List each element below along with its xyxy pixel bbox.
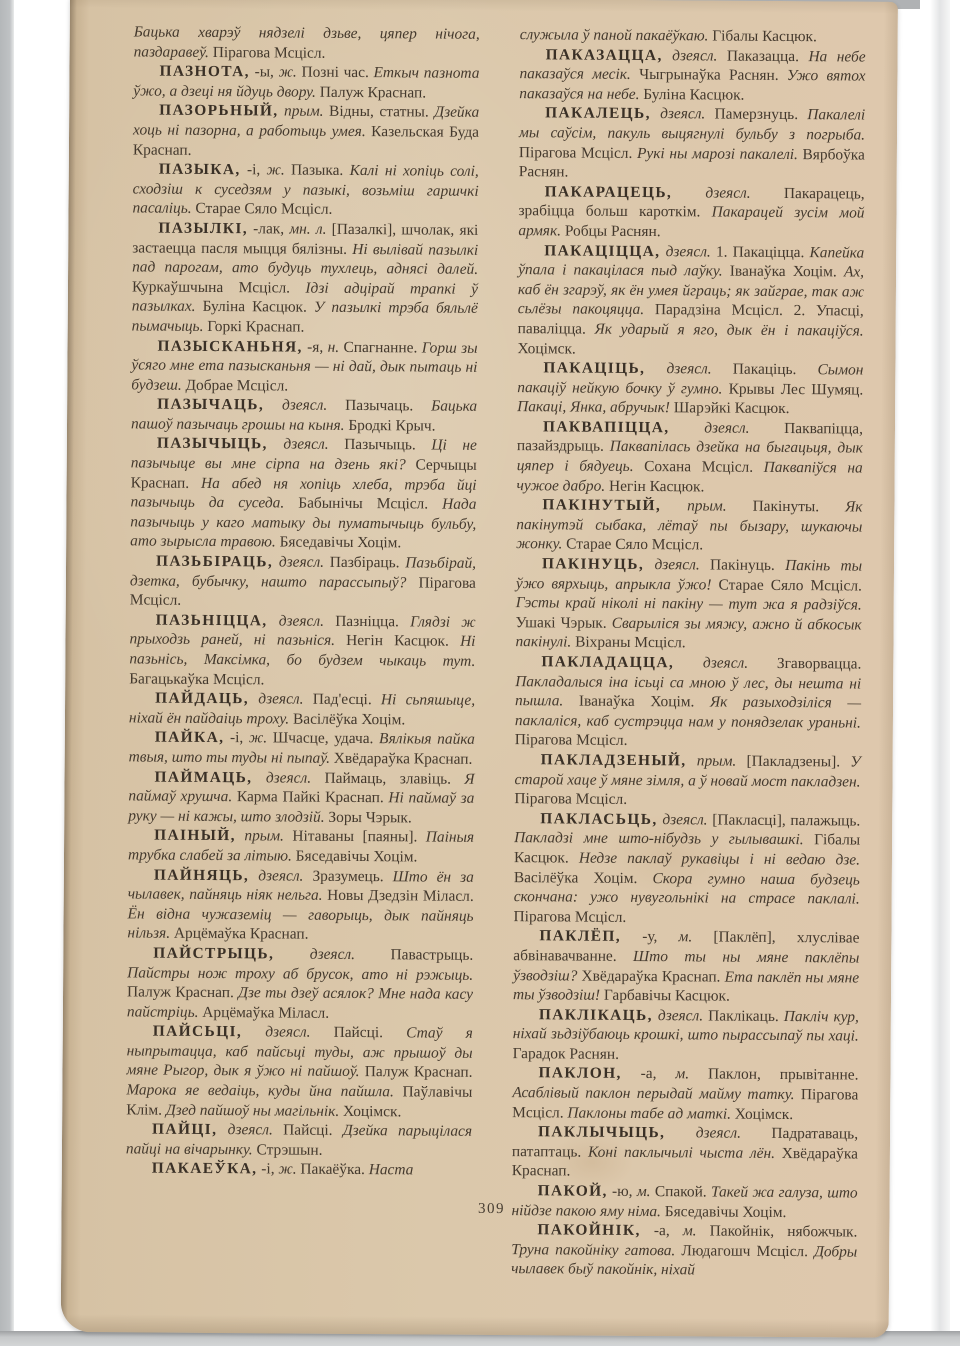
dictionary-entry: ПАКІНУТЫЙ, прым. Пакінуты. Як пакінутэй …	[516, 495, 862, 556]
definition-text: Палуж Краснап.	[127, 984, 238, 1002]
definition-text: Пакойнік, нябожчык.	[696, 1223, 857, 1241]
example-text: служыла ў паной пакаёўкаю.	[520, 26, 713, 44]
example-text: дзеясл.	[217, 1121, 273, 1138]
definition-text: Пірагова Мсцісл.	[515, 731, 628, 749]
definition-text: Хоцімск.	[343, 1103, 401, 1120]
dictionary-entry: ПАКОЙНІК, -а, м. Пакойнік, нябожчык. Тру…	[511, 1220, 857, 1281]
definition-text: Пакінуты.	[727, 498, 846, 516]
dictionary-entry: ПАЙСЬЦІ, дзеясл. Пайсці. Стаў я ныпрытац…	[126, 1022, 473, 1122]
headword: ПАКЛАСЬЦЬ,	[540, 810, 657, 828]
example-text: дзеясл.	[274, 945, 355, 963]
definition-text: Васілёўка Хоцім.	[514, 869, 653, 887]
definition-text: Бабынічы Мсцісл.	[298, 495, 442, 513]
example-text: дзеясл.	[663, 47, 718, 64]
definition-text: Пакінуць.	[700, 556, 786, 574]
dictionary-entry: ПАКЛАСЬЦЬ, дзеясл. [Пакласці], палажыць.…	[514, 809, 861, 929]
headword: ПАЙМАЦЬ,	[154, 768, 252, 786]
definition-text: Пірагова Мсцісл.	[514, 790, 627, 808]
dictionary-entry: ПАКЛЫЧЫЦЬ, дзеясл. Падратаваць, патаптац…	[512, 1122, 858, 1183]
definition-text: -ы,	[250, 63, 279, 80]
example-text: ж.	[266, 162, 284, 179]
headword: ПАЙСТРЫЦЬ,	[153, 945, 274, 963]
dictionary-entry: ПАКАЦІЦЬ, дзеясл. Пакаціць. Сымон пакаці…	[517, 358, 863, 419]
example-text: мн. л.	[289, 220, 326, 237]
definition-text: Іванаўка Хоцім.	[730, 263, 844, 281]
example-text: дзеясл.	[264, 397, 327, 414]
definition-text: Багацькаўка Мсцісл.	[129, 670, 264, 688]
definition-text: -і,	[257, 1161, 278, 1178]
dictionary-entry: ПАЗЬНІЦЦА, дзеясл. Пазніцца. Глядзі ж пр…	[129, 610, 476, 691]
definition-text: Пад'есці.	[303, 691, 381, 709]
example-text: Труна пакойніку гатова.	[511, 1241, 681, 1259]
example-text: Пакаці, Янка, абручык!	[517, 398, 674, 416]
definition-text: Палуж Краснап.	[320, 84, 426, 102]
dictionary-entry: ПАКАЦІЦЦА, дзеясл. 1. Пакаціцца. Капейка…	[517, 241, 864, 361]
definition-text: Пазніцца.	[324, 613, 410, 631]
definition-text: Зразумець.	[303, 867, 392, 885]
definition-text: Хвёдараўка Краснап.	[581, 967, 724, 985]
headword: ПАЗЫЧАЦЬ,	[157, 396, 264, 414]
example-text: м.	[637, 1183, 651, 1200]
dictionary-entry: ПАЗЫЛКІ, -лак, мн. л. [Пазалкі], шчолак,…	[132, 218, 479, 338]
definition-text: Спагнанне.	[339, 338, 422, 356]
example-text: дзеясл.	[644, 556, 700, 573]
definition-text: Хоцімск.	[517, 340, 575, 357]
headword: ПАЗЫЛКІ,	[158, 220, 248, 238]
dictionary-entry: ПАКАЛЕЦЬ, дзеясл. Памерзнуць. Пакалелі м…	[519, 104, 866, 185]
dictionary-entry: ПАКВАПІЦЦА, дзеясл. Паквапіцца, пазайздр…	[517, 417, 864, 498]
definition-text: Бяседавічы Хоцім.	[296, 848, 418, 866]
definition-text: Добрае Мсцісл.	[185, 377, 288, 395]
dictionary-entry: ПАКЛЁП, -у, м. [Паклёп], хлуслівае абвін…	[513, 926, 860, 1007]
definition-text: Куркаўшчына Мсцісл.	[132, 278, 306, 296]
definition-text: Пайсці.	[310, 1024, 406, 1042]
headword: ПАКЛЁП,	[539, 928, 621, 946]
definition-text: Пірагова Мсцісл.	[213, 44, 326, 62]
example-text: Дзед пайшоў ны магільнік.	[166, 1101, 343, 1119]
dictionary-entry: ПАЗОРЬНЫЙ, прым. Відны, статны. Дзейка х…	[133, 101, 479, 162]
headword: ПАКАЗАЦЦА,	[546, 46, 663, 64]
definition-text: 1. Пакаціцца.	[711, 243, 810, 261]
headword: ПАКАРАЦЕЦЬ,	[545, 183, 673, 201]
example-text: Недзе паклаў рукавіцы і ні ведаю дзе.	[579, 850, 860, 869]
headword: ПАІНЫЙ,	[154, 827, 236, 845]
headword: ПАЙНЯЦЬ,	[154, 866, 249, 884]
definition-text: Старае Сяло Мсцісл.	[718, 576, 861, 594]
dictionary-entry: ПАЙКА, -і, ж. Шчасце, удача. Вялікыя пай…	[129, 728, 475, 770]
headword: ПАКОЙ,	[538, 1182, 608, 1199]
dictionary-entry: ПАІНЫЙ, прым. Нітаваны [паяны]. Паіныя т…	[128, 826, 474, 868]
dictionary-entry: ПАЗЫКА, -і, ж. Пазыка. Калі ні хопіць со…	[132, 160, 478, 221]
definition-text: Памерзнуць.	[705, 106, 807, 124]
definition-text: Пазыка.	[285, 162, 350, 179]
definition-text: Пірагова Мсцісл.	[519, 144, 637, 162]
definition-text: Пакаёўка.	[297, 1161, 369, 1179]
example-text: дзеясл.	[651, 105, 706, 122]
example-text: дзеясл.	[658, 811, 708, 828]
definition-text: Стрэшын.	[256, 1141, 322, 1158]
definition-text: Паклон, прывітанне.	[689, 1066, 859, 1084]
example-text: дзеясл.	[242, 1024, 310, 1041]
definition-text: [Пакладзены].	[736, 753, 850, 771]
headword: ПАЙЦІ,	[152, 1121, 217, 1138]
headword: ПАКОЙНІК,	[537, 1222, 640, 1240]
dictionary-entry: ПАКЛОН, -а, м. Паклон, прывітанне. Асабл…	[512, 1064, 858, 1125]
headword: ПАКЛІКАЦЬ,	[539, 1006, 653, 1024]
headword: ПАКАЕЎКА,	[152, 1160, 258, 1178]
example-text: Коні паклычылі чыста лён.	[588, 1143, 782, 1161]
definition-text: Буліна Касцюк.	[643, 86, 744, 104]
definition-text: -лак,	[248, 220, 290, 237]
definition-text: Арцёмаўка Краснап.	[174, 925, 309, 943]
example-text: м.	[675, 1066, 689, 1083]
definition-text: Гарбавічы Касцюк.	[604, 987, 730, 1005]
example-text: Пайстры нож троху аб брусок, ато ні рэжы…	[127, 964, 473, 983]
example-text: дзеясл.	[660, 243, 710, 260]
example-text: Як ударый я яго, дык ён і пакаціўся.	[595, 321, 864, 340]
example-text: дзеясл.	[645, 360, 711, 377]
definition-text: Позні час.	[297, 64, 374, 82]
headword: ПАЗЬБІРАЦЬ,	[156, 553, 273, 571]
definition-text: Ушакі Чэрык.	[516, 614, 612, 632]
example-text: Асаблівый паклон перыдай майму татку.	[512, 1084, 801, 1103]
example-text: Паклоны табе ад маткі.	[567, 1104, 734, 1122]
dictionary-entry: ПАКАЕЎКА, -і, ж. Пакаёўка. Наста	[126, 1159, 472, 1181]
definition-text: Хоцімск.	[735, 1105, 793, 1122]
definition-text: Віхраны Мсцісл.	[575, 634, 686, 652]
example-text: дзеясл.	[252, 769, 311, 786]
example-text: Гэсты край ніколі ні пакіну — тут жа я р…	[516, 594, 862, 613]
headword: ПАЗНОТА,	[159, 63, 250, 81]
definition-text: -а,	[622, 1065, 676, 1082]
text-column-left: Бацька хварэў нядзелі дзьве, цяпер нічог…	[126, 22, 480, 1180]
definition-text: Людагошч Мсцісл.	[681, 1242, 814, 1260]
dictionary-entry: ПАЗЫЧЫЦЬ, дзеясл. Пазычыць. Ці не пазычы…	[130, 434, 477, 554]
example-text: Рукі ны марозі пакалелі.	[637, 145, 803, 163]
definition-text: Горкі Краснап.	[207, 318, 304, 336]
dictionary-entry: ПАКАРАЦЕЦЬ, дзеясл. Пакарацець, зрабіцца…	[518, 182, 864, 243]
example-text: дзеясл.	[249, 690, 304, 707]
definition-text: -ю,	[608, 1183, 637, 1200]
dictionary-entry: ПАКЛІКАЦЬ, дзеясл. Паклікаць. Пакліч кур…	[513, 1005, 859, 1066]
headword: ПАЗОРЬНЫЙ,	[159, 102, 278, 120]
example-text: ж.	[279, 64, 297, 81]
scanner-edge-left	[0, 0, 14, 1346]
example-text: дзеясл.	[669, 419, 749, 437]
definition-text: Павастрыць.	[355, 946, 473, 964]
definition-text: Шчасце, удача.	[267, 730, 379, 748]
dictionary-entry: ПАКЛАДЗЕНЫЙ, прым. [Пакладзены]. У старо…	[514, 750, 860, 811]
definition-text: Пайсці.	[273, 1122, 343, 1139]
definition-text: -і,	[241, 161, 267, 178]
definition-text: Хвёдараўка Краснап.	[334, 750, 473, 768]
example-text: дзеясл.	[249, 867, 303, 884]
definition-text: [Пакласці], палажыць.	[708, 811, 861, 829]
definition-text: Пазычаць.	[327, 397, 431, 415]
definition-text: Пакаціць.	[712, 361, 818, 379]
headword: ПАКІНУЦЬ,	[542, 555, 644, 573]
book-page: Бацька хварэў нядзелі дзьве, цяпер нічог…	[61, 0, 898, 1338]
example-text: дзеясл.	[672, 184, 751, 202]
example-text: м.	[683, 1223, 697, 1240]
definition-text: Гібалы Касцюк.	[712, 27, 817, 45]
definition-text: Негін Касцюк.	[346, 632, 460, 650]
entry-continuation: служыла ў паной пакаёўкаю. Гібалы Касцюк…	[520, 25, 866, 47]
headword: ПАКІНУТЫЙ,	[542, 497, 661, 515]
headword: ПАЙСЬЦІ,	[153, 1023, 242, 1041]
definition-text: Іванаўка Хоцім.	[579, 693, 710, 711]
example-text: дзеясл.	[273, 553, 324, 570]
example-text: прым.	[661, 497, 727, 514]
definition-text: Бродкі Крыч.	[348, 417, 435, 435]
definition-text: Пазычыць.	[329, 436, 432, 454]
example-text: прым.	[236, 828, 284, 845]
dictionary-entry: ПАЗЫСКАНЬНЯ, -я, н. Спагнанне. Горш зы ў…	[131, 336, 477, 397]
definition-text: Крывы Лес Шумяц.	[729, 380, 864, 398]
example-text: дзеясл.	[665, 1124, 741, 1142]
headword: ПАКЛЫЧЫЦЬ,	[538, 1124, 665, 1142]
example-text: Наста	[369, 1162, 414, 1179]
example-text: дзеясл.	[268, 436, 329, 453]
headword: ПАКЛАДЗЕНЫЙ,	[541, 751, 687, 769]
definition-text: -у,	[621, 928, 679, 945]
definition-text: Палуж Краснап.	[365, 1064, 473, 1082]
example-text: дзеясл.	[267, 612, 324, 629]
definition-text: Чыгрынаўка Раснян.	[639, 66, 787, 84]
example-text: м.	[678, 929, 692, 946]
headword: ПАКАЦІЦЦА,	[544, 242, 660, 260]
definition-text: Згаворвацца.	[748, 655, 861, 673]
headword: ПАЗЫКА,	[159, 161, 241, 179]
example-text: дзеясл.	[674, 654, 748, 672]
headword: ПАКЛАДАЦЦА,	[541, 653, 674, 671]
example-text: дзеясл.	[653, 1007, 703, 1024]
definition-text: Паклікаць.	[703, 1007, 784, 1025]
headword: ПАКАЛЕЦЬ,	[545, 105, 651, 123]
definition-text: -а,	[641, 1222, 683, 1239]
definition-text: Карма Пайкі Краснап.	[237, 788, 389, 806]
dictionary-entry: ПАЗЫЧАЦЬ, дзеясл. Пазычаць. Бацька пашоў…	[131, 395, 477, 437]
definition-text: Буліна Касцюк.	[203, 298, 314, 316]
headword: ПАЗЫЧЫЦЬ,	[157, 435, 268, 453]
headword: ПАЗЫСКАНЬНЯ,	[158, 337, 303, 355]
headword: ПАКВАПІЦЦА,	[543, 418, 670, 436]
example-text: Пакладзі мне што-нібудзь у гылывашкі.	[514, 829, 814, 848]
definition-text: Відны, статны.	[323, 103, 434, 121]
dictionary-entry: ПАКАЗАЦЦА, дзеясл. Паказацца. На небе па…	[519, 45, 865, 106]
headword: ПАЗЬНІЦЦА,	[156, 611, 268, 629]
example-text: прым.	[687, 752, 737, 769]
definition-text: Гарадок Раснян.	[513, 1045, 619, 1063]
definition-text: Пазбіраць.	[324, 554, 405, 572]
definition-text: Шарэйкі Касцюк.	[674, 400, 790, 418]
headword: ПАКЛОН,	[538, 1065, 621, 1083]
definition-text: Паказацца.	[717, 47, 808, 65]
definition-text: Робцы Раснян.	[565, 222, 661, 240]
headword: ПАЙДАЦЬ,	[155, 690, 249, 708]
definition-text: Арцёмаўка Міласл.	[202, 1004, 329, 1022]
definition-text: -я,	[303, 338, 328, 355]
dictionary-entry: ПАЙСТРЫЦЬ, дзеясл. Павастрыць. Пайстры н…	[127, 943, 474, 1024]
definition-text: Спакой.	[650, 1183, 711, 1200]
definition-text: Пірагова Мсцісл.	[514, 908, 627, 926]
dictionary-entry: ПАЙЦІ, дзеясл. Пайсці. Дзейка парыцілася…	[126, 1120, 472, 1162]
definition-text: Васілёўка Хоцім.	[293, 710, 405, 728]
dictionary-entry: ПАЗЬБІРАЦЬ, дзеясл. Пазбіраць. Пазьбірай…	[130, 551, 476, 612]
definition-text: Паймаць, злавіць.	[311, 769, 464, 787]
example-text: Марока яе ведаіць, куды йна пайшла.	[126, 1081, 402, 1100]
dictionary-entry: ПАКІНУЦЬ, дзеясл. Пакінуць. Пакінь ты ўж…	[515, 554, 862, 654]
text-column-right: служыла ў паной пакаёўкаю. Гібалы Касцюк…	[511, 25, 866, 1281]
definition-text: Новы Дзедзін Міласл.	[327, 887, 474, 905]
headword: ПАКАЦІЦЬ,	[543, 359, 645, 377]
definition-text: Старае Сяло Мсцісл.	[566, 536, 703, 554]
headword: ПАЙКА,	[155, 729, 225, 746]
dictionary-entry: ПАЙНЯЦЬ, дзеясл. Зразумець. Што ён за чы…	[127, 865, 474, 946]
example-text: ж.	[278, 1161, 296, 1178]
definition-text: Старае Сяло Мсцісл.	[195, 200, 332, 218]
dictionary-entry: ПАЙДАЦЬ, дзеясл. Пад'есці. Ні сьпяшыце, …	[129, 689, 475, 731]
definition-text: Бяседавічы Хоцім.	[280, 534, 402, 552]
definition-text: Негін Касцюк.	[609, 477, 705, 495]
scanner-edge-right	[930, 0, 950, 1331]
entry-continuation: Бацька хварэў нядзелі дзьве, цяпер нічог…	[134, 22, 480, 64]
dictionary-entry: ПАКЛАДАЦЦА, дзеясл. Згаворвацца. Паклада…	[515, 652, 862, 752]
dictionary-entry: ПАЙМАЦЬ, дзеясл. Паймаць, злавіць. Я пай…	[128, 767, 474, 828]
example-text: ж.	[249, 730, 267, 747]
example-text: н.	[328, 338, 340, 355]
dictionary-entry: ПАЗНОТА, -ы, ж. Позні час. Еткыч пазнота…	[133, 62, 479, 104]
definition-text: Нітаваны [паяны].	[284, 828, 426, 846]
definition-text: Сохана Мсцісл.	[644, 458, 764, 476]
definition-text: Зоры Чэрык.	[328, 809, 411, 827]
example-text: прым.	[278, 103, 323, 120]
definition-text: -і,	[224, 729, 249, 746]
